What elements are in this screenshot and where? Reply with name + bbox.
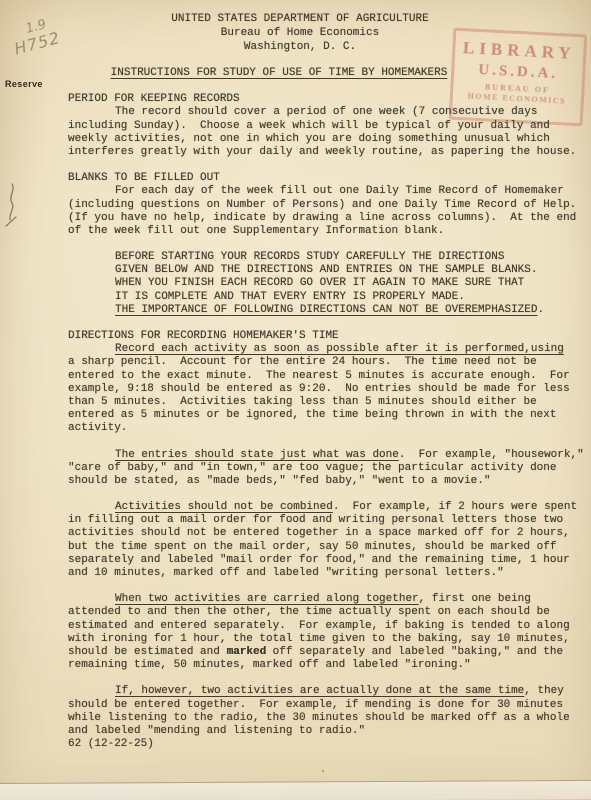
text-line: including Sunday). Choose a week which w… xyxy=(68,120,583,133)
location-line: Washington, D. C. xyxy=(68,40,532,54)
text-segment: should be entered together. For example,… xyxy=(68,699,563,711)
form-number: 62 (12-22-25) xyxy=(68,738,583,751)
text-line: example, 9:18 should be entered as 9:20.… xyxy=(68,383,583,396)
text-line: entered as 5 minutes or be ignored, the … xyxy=(68,409,583,422)
text-segment: in filling out a mail order for food and… xyxy=(68,514,563,526)
paragraph: For each day of the week fill out one Da… xyxy=(68,185,583,238)
text-line: If, however, two activities are actually… xyxy=(68,685,583,698)
text-segment: a sharp pencil. Account for the entire 2… xyxy=(68,356,537,368)
underlined-text: THE IMPORTANCE OF FOLLOWING DIRECTIONS C… xyxy=(115,304,537,316)
text-line: THE IMPORTANCE OF FOLLOWING DIRECTIONS C… xyxy=(68,304,583,317)
text-line: When two activities are carried along to… xyxy=(68,593,583,606)
text-segment: entered as 5 minutes or be ignored, the … xyxy=(68,409,556,421)
text-segment: (including questions on Number of Person… xyxy=(68,199,576,211)
section-heading: BLANKS TO BE FILLED OUT xyxy=(68,172,583,185)
paragraph: When two activities are carried along to… xyxy=(68,593,583,672)
paragraph: If, however, two activities are actually… xyxy=(68,685,583,738)
text-segment: entered to the exact minute. The nearest… xyxy=(68,370,570,382)
text-segment: , first one being xyxy=(419,593,531,605)
text-segment: with ironing for 1 hour, the total time … xyxy=(68,633,570,645)
text-segment: WHEN YOU FINISH EACH RECORD GO OVER IT A… xyxy=(115,277,524,289)
section: PERIOD FOR KEEPING RECORDSThe record sho… xyxy=(68,93,583,159)
text-line: Activities should not be combined. For e… xyxy=(68,501,583,514)
text-segment: and labeled "mending and listening to ra… xyxy=(68,725,365,737)
text-line: than 5 minutes. Activities taking less t… xyxy=(68,396,583,409)
underlined-text: If, however, two activities are actually… xyxy=(115,685,524,697)
text-line: BEFORE STARTING YOUR RECORDS STUDY CAREF… xyxy=(68,251,583,264)
text-segment: of the week fill out one Supplementary I… xyxy=(68,225,444,237)
text-segment: IT IS COMPLETE AND THAT EVERY ENTRY IS P… xyxy=(115,291,465,303)
underlined-text: Record each activity as soon as possible… xyxy=(115,343,564,355)
underlined-text: Activities should not be combined xyxy=(115,501,333,513)
text-line: For each day of the week fill out one Da… xyxy=(68,185,583,198)
text-segment: should be stated, as "made beds," "fed b… xyxy=(68,475,490,487)
document-body: PERIOD FOR KEEPING RECORDSThe record sho… xyxy=(68,93,583,738)
document-title: INSTRUCTIONS FOR STUDY OF USE OF TIME BY… xyxy=(68,67,490,80)
text-segment: activities should not be entered togethe… xyxy=(68,527,570,539)
text-segment: than 5 minutes. Activities taking less t… xyxy=(68,396,537,408)
text-segment: separately and labeled "mail order for f… xyxy=(68,554,570,566)
paragraph: The record should cover a period of one … xyxy=(68,106,583,159)
underlined-text: The entries should state just what was d… xyxy=(115,449,399,461)
section-heading: DIRECTIONS FOR RECORDING HOMEMAKER'S TIM… xyxy=(68,330,583,343)
document-content: UNITED STATES DEPARTMENT OF AGRICULTURE … xyxy=(68,0,583,751)
underlying-sheet xyxy=(0,780,591,800)
text-line: The record should cover a period of one … xyxy=(68,106,583,119)
text-segment: GIVEN BELOW AND THE DIRECTIONS AND ENTRI… xyxy=(115,264,537,276)
text-segment: example, 9:18 should be entered as 9:20.… xyxy=(68,383,570,395)
text-segment: interferes greatly with your daily and w… xyxy=(68,146,576,158)
letterhead: UNITED STATES DEPARTMENT OF AGRICULTURE … xyxy=(68,12,532,54)
text-line: while listening to the radio, the 30 min… xyxy=(68,712,583,725)
text-line: WHEN YOU FINISH EACH RECORD GO OVER IT A… xyxy=(68,277,583,290)
text-line: attended to and then the other, the time… xyxy=(68,606,583,619)
notice-block: BEFORE STARTING YOUR RECORDS STUDY CAREF… xyxy=(68,251,583,317)
text-line: interferes greatly with your daily and w… xyxy=(68,146,583,159)
text-segment: "care of baby," and "in town," are too v… xyxy=(68,462,556,474)
text-line: remaining time, 50 minutes, marked off a… xyxy=(68,659,583,672)
text-line: should be entered together. For example,… xyxy=(68,699,583,712)
text-line: with ironing for 1 hour, the total time … xyxy=(68,633,583,646)
text-line: entered to the exact minute. The nearest… xyxy=(68,370,583,383)
text-segment: weekly activities, not one in which you … xyxy=(68,133,550,145)
agency-name: UNITED STATES DEPARTMENT OF AGRICULTURE xyxy=(68,12,532,26)
text-segment: while listening to the radio, the 30 min… xyxy=(68,712,570,724)
text-segment: off separately and labeled "baking," and… xyxy=(266,646,563,658)
pencil-squiggle-mark xyxy=(4,182,20,232)
text-line: weekly activities, not one in which you … xyxy=(68,133,583,146)
text-segment: and 10 minutes, marked off and labeled "… xyxy=(68,567,504,579)
text-segment: For each day of the week fill out one Da… xyxy=(115,185,564,197)
paragraph: Record each activity as soon as possible… xyxy=(68,343,583,435)
paragraph: The entries should state just what was d… xyxy=(68,449,583,489)
text-line: The entries should state just what was d… xyxy=(68,449,583,462)
section: DIRECTIONS FOR RECORDING HOMEMAKER'S TIM… xyxy=(68,330,583,738)
section: BLANKS TO BE FILLED OUTFor each day of t… xyxy=(68,172,583,317)
text-line: and 10 minutes, marked off and labeled "… xyxy=(68,567,583,580)
text-line: should be stated, as "made beds," "fed b… xyxy=(68,475,583,488)
text-segment: remaining time, 50 minutes, marked off a… xyxy=(68,659,471,671)
text-segment: but the time spent on the mail order, sa… xyxy=(68,541,556,553)
text-line: of the week fill out one Supplementary I… xyxy=(68,225,583,238)
text-segment: . For example, if 2 hours were spent xyxy=(333,501,577,513)
text-segment: BEFORE STARTING YOUR RECORDS STUDY CAREF… xyxy=(115,251,504,263)
call-number-cutter: H752 xyxy=(13,29,62,57)
text-segment: (If you have no help, indicate by drawin… xyxy=(68,212,576,224)
text-line: (including questions on Number of Person… xyxy=(68,199,583,212)
text-line: activity. xyxy=(68,422,583,435)
text-line: activities should not be entered togethe… xyxy=(68,527,583,540)
text-segment: . xyxy=(537,304,544,316)
text-line: IT IS COMPLETE AND THAT EVERY ENTRY IS P… xyxy=(68,291,583,304)
text-segment: should be estimated and xyxy=(68,646,226,658)
call-number: 1.9 H752 xyxy=(9,15,62,58)
paragraph: Activities should not be combined. For e… xyxy=(68,501,583,580)
section-heading: PERIOD FOR KEEPING RECORDS xyxy=(68,93,583,106)
reserve-stamp: Reserve xyxy=(5,79,43,89)
document-page: LIBRARY U.S.D.A. BUREAU OF HOME ECONOMIC… xyxy=(0,0,591,800)
text-line: "care of baby," and "in town," are too v… xyxy=(68,462,583,475)
text-line: but the time spent on the mail order, sa… xyxy=(68,541,583,554)
text-line: estimated and entered separately. For ex… xyxy=(68,620,583,633)
text-line: a sharp pencil. Account for the entire 2… xyxy=(68,356,583,369)
underlined-text: When two activities are carried along to… xyxy=(115,593,419,605)
text-segment: attended to and then the other, the time… xyxy=(68,606,550,618)
text-segment: including Sunday). Choose a week which w… xyxy=(68,120,550,132)
text-line: (If you have no help, indicate by drawin… xyxy=(68,212,583,225)
bureau-name: Bureau of Home Economics xyxy=(68,26,532,40)
text-segment: The record should cover a period of one … xyxy=(115,106,537,118)
emphasized-text: marked xyxy=(226,646,266,658)
text-segment: , they xyxy=(524,685,564,697)
text-segment: estimated and entered separately. For ex… xyxy=(68,620,570,632)
text-segment: . For example, "housework," xyxy=(399,449,584,461)
text-segment: activity. xyxy=(68,422,127,434)
text-line: and labeled "mending and listening to ra… xyxy=(68,725,583,738)
paper-speck xyxy=(322,770,324,772)
text-line: should be estimated and marked off separ… xyxy=(68,646,583,659)
text-line: separately and labeled "mail order for f… xyxy=(68,554,583,567)
text-line: in filling out a mail order for food and… xyxy=(68,514,583,527)
text-line: GIVEN BELOW AND THE DIRECTIONS AND ENTRI… xyxy=(68,264,583,277)
text-line: Record each activity as soon as possible… xyxy=(68,343,583,356)
